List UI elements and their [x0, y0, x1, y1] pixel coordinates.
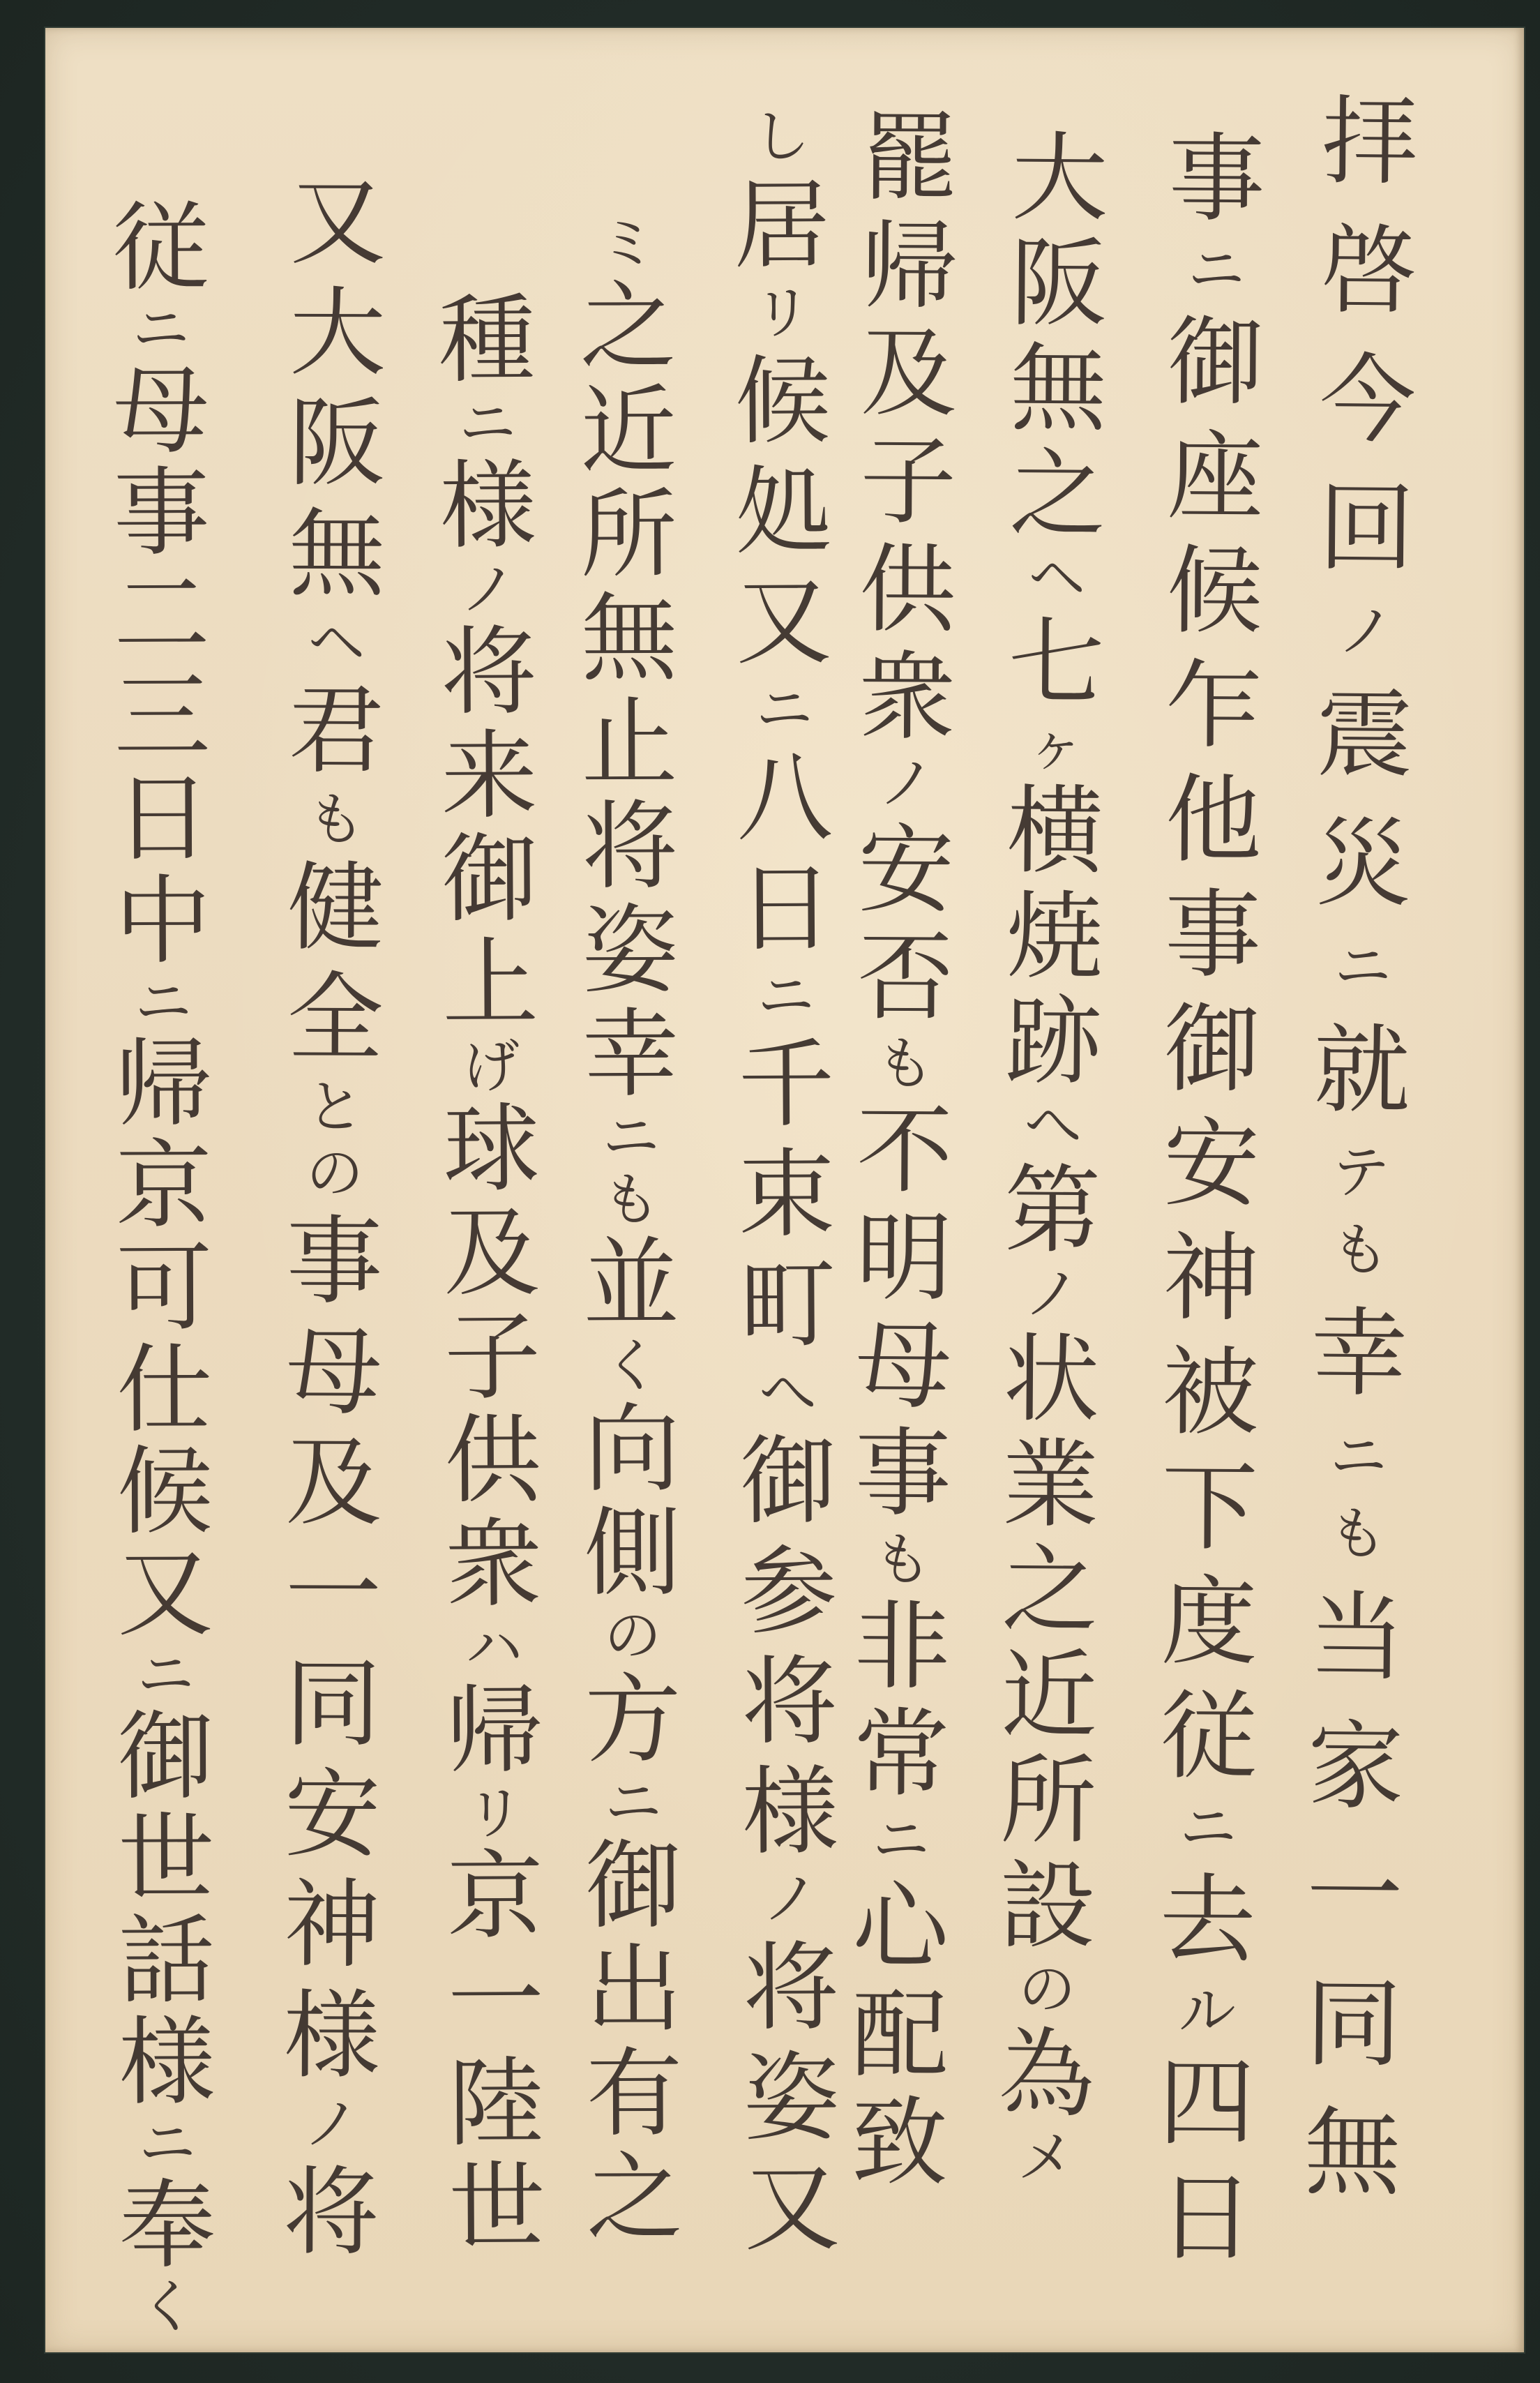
glyph: 全 [255, 963, 416, 1074]
glyph: 座 [1135, 419, 1296, 534]
glyph: 健 [255, 852, 416, 963]
glyph: 事 [81, 463, 242, 565]
glyph: 神 [252, 1870, 413, 1981]
glyph: 止 [549, 691, 710, 795]
glyph: 一 [1274, 1831, 1435, 1961]
glyph: 姿 [711, 2043, 873, 2153]
glyph: 又 [711, 2153, 873, 2264]
glyph: も [1277, 1496, 1438, 1574]
glyph: ニ [553, 1771, 714, 1834]
glyph: 有 [554, 2041, 715, 2146]
glyph: ニ [705, 963, 866, 1030]
glyph: 居 [701, 170, 862, 281]
glyph: 将 [711, 1933, 872, 2044]
glyph: く [552, 1335, 712, 1397]
glyph: 無 [978, 336, 1139, 442]
glyph: 向 [552, 1397, 713, 1502]
glyph: 従 [80, 197, 241, 300]
glyph: 家 [1275, 1702, 1437, 1833]
glyph: 君 [256, 676, 417, 787]
glyph: 業 [970, 1431, 1131, 1538]
glyph: 安 [252, 1759, 413, 1870]
glyph: 話 [86, 1910, 248, 2013]
glyph: 来 [409, 724, 570, 829]
letter-column-2: 事ニ御座候乍他事御安神被下度従ニ去ル四日 [1126, 121, 1297, 2276]
glyph: 設 [967, 1853, 1128, 1960]
glyph: 参 [709, 1536, 870, 1647]
glyph: ノ [251, 2091, 412, 2158]
glyph: 中 [82, 870, 243, 972]
glyph: ニ [550, 1106, 711, 1169]
glyph: 束 [707, 1140, 868, 1251]
glyph: 神 [1131, 1221, 1292, 1337]
glyph: ニ [81, 299, 241, 361]
glyph: 町 [707, 1250, 868, 1361]
glyph: 方 [552, 1667, 714, 1772]
glyph: ヘ [976, 546, 1138, 610]
glyph: の [967, 1958, 1128, 2022]
glyph: 大 [257, 278, 418, 389]
glyph: 一 [415, 1948, 576, 2053]
glyph: 阪 [257, 389, 418, 499]
glyph: 御 [1135, 305, 1297, 420]
glyph: 種 [407, 288, 568, 393]
glyph: 八 [704, 743, 866, 854]
glyph: 状 [971, 1326, 1132, 1433]
glyph: ノ [1285, 593, 1447, 672]
glyph: 上 [410, 932, 571, 1037]
glyph: 下 [1129, 1450, 1290, 1565]
glyph: 所 [548, 483, 709, 587]
glyph: 他 [1133, 763, 1294, 878]
glyph: 奉 [87, 2175, 248, 2278]
glyph: ニ [704, 677, 864, 744]
glyph: 将 [709, 1646, 870, 1757]
letter-column-7: 種ニ様ノ将来御上げ球及子供衆ハ帰リ京一陸世 [407, 288, 577, 2260]
glyph: 横 [974, 778, 1135, 885]
glyph: 並 [551, 1231, 712, 1335]
glyph: 御 [409, 828, 571, 933]
letter-column-5: し居リ候処又ニ八日ニ千束町へ御参将様ノ将姿又 [701, 104, 873, 2264]
glyph: 帰 [83, 1033, 244, 1136]
glyph: 之 [977, 441, 1138, 548]
glyph: ニ [1136, 236, 1297, 306]
glyph: 候 [84, 1441, 246, 1543]
glyph: 同 [1273, 1960, 1435, 2090]
glyph: ニ [1282, 929, 1443, 1007]
glyph: く [87, 2277, 248, 2338]
glyph: 跡 [973, 988, 1134, 1095]
glyph: 又 [85, 1543, 246, 1646]
glyph: 度 [1128, 1565, 1290, 1680]
glyph: リ [414, 1782, 575, 1845]
glyph: ニ [83, 972, 243, 1033]
glyph: 日 [705, 853, 866, 964]
glyph: 幸 [1278, 1289, 1440, 1420]
letter-column-3: 大阪無之ヘ七ヶ横焼跡へ第ノ状業之近所設の為メ [965, 125, 1140, 2191]
glyph: 様 [407, 454, 568, 559]
glyph: 御 [1132, 992, 1293, 1107]
glyph: 就 [1281, 1006, 1443, 1136]
glyph: 事 [1132, 878, 1293, 993]
glyph: 阪 [979, 230, 1140, 337]
glyph: ニ [1278, 1418, 1439, 1497]
glyph: 及 [253, 1428, 414, 1539]
glyph: 四 [1126, 2046, 1288, 2161]
letter-column-1: 拝啓今回ノ震災ニ就テも幸ニも当家一同無 [1271, 77, 1451, 2219]
glyph: 御 [553, 1833, 714, 1938]
glyph: 帰 [414, 1678, 575, 1783]
letter-column-9: 従ニ母事二三日中ニ帰京可仕候又ニ御世話様ニ奉く [80, 197, 248, 2339]
glyph: ノ [972, 1263, 1133, 1327]
glyph: 第 [972, 1157, 1133, 1264]
glyph: 震 [1284, 670, 1446, 801]
glyph: 世 [86, 1808, 247, 1911]
glyph: 事 [254, 1207, 415, 1318]
glyph: の [552, 1605, 713, 1668]
glyph: 姿 [550, 899, 711, 1003]
glyph: 安 [1131, 1106, 1292, 1221]
glyph: 今 [1287, 336, 1449, 466]
glyph: 之 [548, 275, 709, 379]
glyph: 拝 [1289, 77, 1451, 208]
glyph: 処 [703, 457, 864, 568]
glyph: 千 [706, 1030, 867, 1141]
glyph: ニ [85, 1645, 246, 1706]
glyph: 無 [257, 499, 418, 610]
glyph: 球 [411, 1097, 572, 1202]
glyph: 供 [412, 1409, 573, 1514]
glyph: 側 [552, 1501, 713, 1606]
glyph: も [256, 786, 416, 853]
glyph: 乍 [1133, 649, 1294, 764]
glyph: 将 [250, 2158, 412, 2269]
glyph: 七 [976, 610, 1137, 716]
glyph: ニ [407, 392, 568, 455]
glyph: へ [707, 1360, 868, 1427]
glyph: 候 [702, 347, 863, 458]
handwritten-letter: 拝啓今回ノ震災ニ就テも幸ニも当家一同無 事ニ御座候乍他事御安神被下度従ニ去ル四日… [0, 0, 1540, 2383]
glyph: 被 [1130, 1336, 1291, 1451]
letter-column-8: 又大阪無ヘ君も健全との事母及一同安神様ノ将 [250, 167, 418, 2269]
glyph: 一 [253, 1538, 414, 1649]
glyph: 従 [1128, 1679, 1289, 1794]
glyph: 様 [709, 1757, 870, 1867]
glyph: 二 [82, 564, 243, 667]
glyph: 仕 [84, 1339, 246, 1441]
glyph: メ [965, 2126, 1126, 2190]
glyph: 日 [82, 768, 243, 871]
glyph: も [551, 1168, 711, 1231]
glyph: 子 [412, 1305, 573, 1410]
glyph: 近 [969, 1642, 1130, 1749]
glyph: も [1280, 1212, 1441, 1291]
glyph: 又 [703, 567, 864, 678]
glyph: 当 [1276, 1573, 1438, 1704]
glyph: 焼 [974, 883, 1135, 990]
glyph: 之 [554, 2145, 716, 2250]
glyph: 可 [84, 1237, 245, 1339]
glyph: ノ [408, 558, 568, 621]
glyph: げ [411, 1035, 571, 1098]
glyph: 幸 [550, 1002, 711, 1107]
glyph: 事 [1136, 121, 1297, 236]
glyph: 回 [1286, 464, 1448, 594]
glyph: 将 [408, 620, 569, 725]
glyph: ヶ [975, 715, 1136, 779]
glyph: の [255, 1141, 415, 1208]
glyph: ニ [87, 2114, 248, 2175]
glyph: し [701, 104, 861, 171]
glyph: 出 [554, 1937, 715, 2042]
glyph: ミ [548, 213, 708, 276]
glyph: と [255, 1074, 415, 1141]
glyph: 御 [86, 1706, 247, 1808]
glyph: 世 [416, 2156, 577, 2261]
glyph: リ [702, 280, 862, 347]
glyph: ル [1127, 1977, 1288, 2047]
glyph: 衆 [413, 1512, 574, 1617]
glyph: 御 [708, 1426, 869, 1537]
glyph: 災 [1283, 799, 1444, 930]
glyph: テ [1281, 1134, 1442, 1213]
glyph: 候 [1134, 534, 1295, 649]
glyph: 京 [84, 1135, 245, 1238]
glyph: 将 [550, 795, 711, 899]
glyph: 近 [548, 379, 709, 483]
glyph: 京 [415, 1844, 576, 1949]
glyph: ノ [710, 1867, 870, 1934]
glyph: 大 [979, 125, 1140, 232]
glyph: 為 [966, 2021, 1127, 2128]
glyph: 様 [86, 2012, 248, 2114]
glyph: 様 [251, 1980, 412, 2091]
glyph: 又 [257, 167, 418, 278]
glyph: 及 [412, 1201, 573, 1306]
glyph: 之 [969, 1537, 1131, 1644]
glyph: ニ [1128, 1794, 1289, 1864]
glyph: 去 [1127, 1863, 1288, 1978]
glyph: 同 [252, 1649, 414, 1760]
glyph: 三 [82, 666, 243, 769]
glyph: 日 [1126, 2160, 1287, 2276]
glyph: ハ [414, 1616, 574, 1679]
glyph: 所 [968, 1747, 1129, 1854]
glyph: 無 [549, 587, 710, 691]
glyph: ヘ [256, 610, 416, 677]
glyph: 無 [1271, 2089, 1433, 2219]
glyph: 啓 [1288, 206, 1450, 337]
glyph: 陸 [416, 2052, 577, 2157]
glyph: 母 [81, 360, 242, 463]
glyph: へ [973, 1095, 1134, 1159]
glyph: 母 [254, 1317, 415, 1428]
